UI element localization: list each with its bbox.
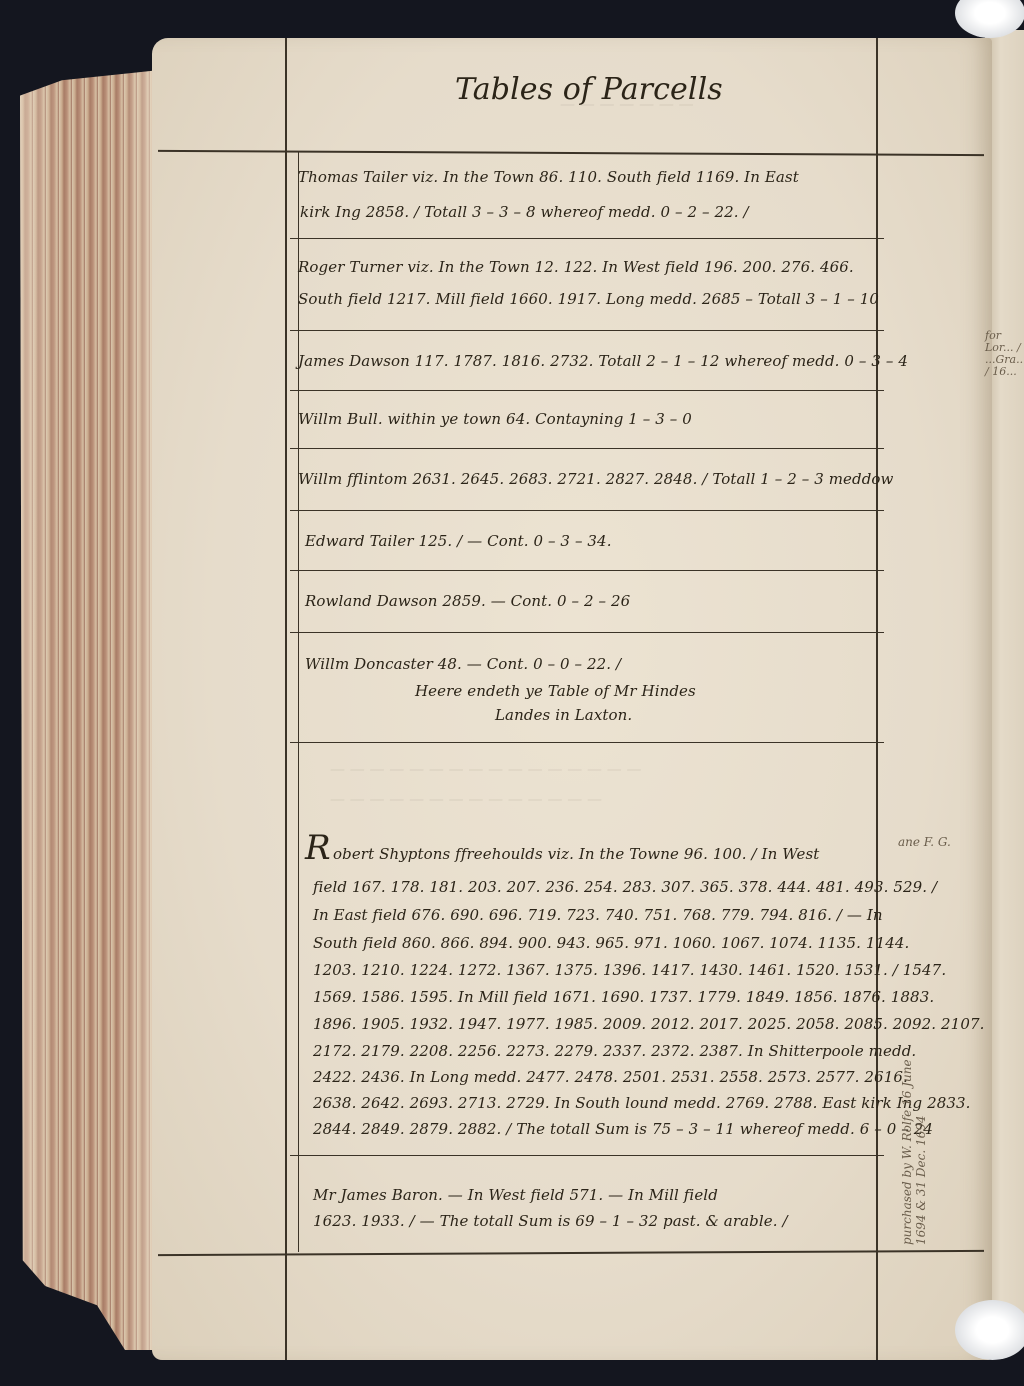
closing-note-line-1: Heere endeth ye Table of Mr Hindes bbox=[415, 682, 696, 700]
right-margin-rule bbox=[876, 38, 878, 1360]
entry-robert-shypton-line-11: 2844. 2849. 2879. 2882. / The totall Sum… bbox=[313, 1120, 933, 1138]
entry-roger-turner-line-1: Roger Turner viz. In the Town 12. 122. I… bbox=[298, 258, 854, 276]
margin-note-facing-page: for Lor... / ...Gra... / 16... bbox=[985, 330, 1024, 378]
entry-rowland-dawson-line-1: Rowland Dawson 2859. — Cont. 0 – 2 – 26 bbox=[305, 592, 630, 610]
inner-left-rule bbox=[298, 152, 299, 1252]
entry-divider bbox=[290, 632, 884, 633]
entry-willm-doncaster-line-1: Willm Doncaster 48. — Cont. 0 – 0 – 22. … bbox=[305, 655, 621, 673]
margin-note-baron-purchase: purchased by W. Rolfe 16 June 1694 & 31 … bbox=[900, 1045, 928, 1245]
entry-robert-shypton-line-5: 1203. 1210. 1224. 1272. 1367. 1375. 1396… bbox=[313, 961, 946, 979]
entry-divider bbox=[290, 390, 884, 391]
entry-james-dawson-line-1: James Dawson 117. 1787. 1816. 2732. Tota… bbox=[298, 352, 908, 370]
decorative-initial: R bbox=[305, 828, 331, 868]
entry-thomas-tailer-line-2: kirk Ing 2858. / Totall 3 – 3 – 8 whereo… bbox=[300, 203, 749, 221]
left-margin-rule bbox=[285, 38, 287, 1360]
entry-robert-shypton-line-8: 2172. 2179. 2208. 2256. 2273. 2279. 2337… bbox=[313, 1042, 916, 1060]
entry-willm-fflintom-line-1: Willm fflintom 2631. 2645. 2683. 2721. 2… bbox=[298, 470, 893, 488]
entry-robert-shypton-line-10: 2638. 2642. 2693. 2713. 2729. In South l… bbox=[313, 1094, 971, 1112]
entry-divider bbox=[290, 238, 884, 239]
entry-james-baron-line-2: 1623. 1933. / — The totall Sum is 69 – 1… bbox=[313, 1212, 788, 1230]
entry-james-baron-line-1: Mr James Baron. — In West field 571. — I… bbox=[313, 1186, 718, 1204]
entry-divider bbox=[290, 570, 884, 571]
entry-divider bbox=[290, 330, 884, 331]
entry-roger-turner-line-2: South field 1217. Mill field 1660. 1917.… bbox=[298, 290, 879, 308]
closing-note-line-2: Landes in Laxton. bbox=[495, 706, 632, 724]
entry-robert-shypton-line-7: 1896. 1905. 1932. 1947. 1977. 1985. 2009… bbox=[313, 1015, 984, 1033]
book-fore-edge-highlight bbox=[20, 70, 160, 1350]
entry-robert-shypton-line-9: 2422. 2436. In Long medd. 2477. 2478. 25… bbox=[313, 1068, 908, 1086]
page-title: Tables of Parcells bbox=[455, 72, 723, 107]
tassel-bottom bbox=[955, 1300, 1024, 1360]
entry-willm-bull-line-1: Willm Bull. within ye town 64. Contaynin… bbox=[298, 410, 692, 428]
entry-robert-shypton-line-6: 1569. 1586. 1595. In Mill field 1671. 16… bbox=[313, 988, 934, 1006]
entry-robert-shypton-line-2: field 167. 178. 181. 203. 207. 236. 254.… bbox=[313, 878, 937, 896]
entry-divider bbox=[290, 1155, 884, 1156]
entry-thomas-tailer-line-1: Thomas Tailer viz. In the Town 86. 110. … bbox=[298, 168, 799, 186]
entry-divider bbox=[290, 510, 884, 511]
margin-note-shypton: ane F. G. bbox=[898, 835, 951, 849]
entry-robert-shypton-line-3: In East field 676. 690. 696. 719. 723. 7… bbox=[313, 906, 883, 924]
entry-robert-shypton-line-1: obert Shyptons ffreehoulds viz. In the T… bbox=[333, 845, 819, 863]
entry-divider bbox=[290, 742, 884, 743]
entry-robert-shypton-line-4: South field 860. 866. 894. 900. 943. 965… bbox=[313, 934, 909, 952]
entry-edward-tailer-line-1: Edward Tailer 125. / — Cont. 0 – 3 – 34. bbox=[305, 532, 612, 550]
entry-divider bbox=[290, 448, 884, 449]
